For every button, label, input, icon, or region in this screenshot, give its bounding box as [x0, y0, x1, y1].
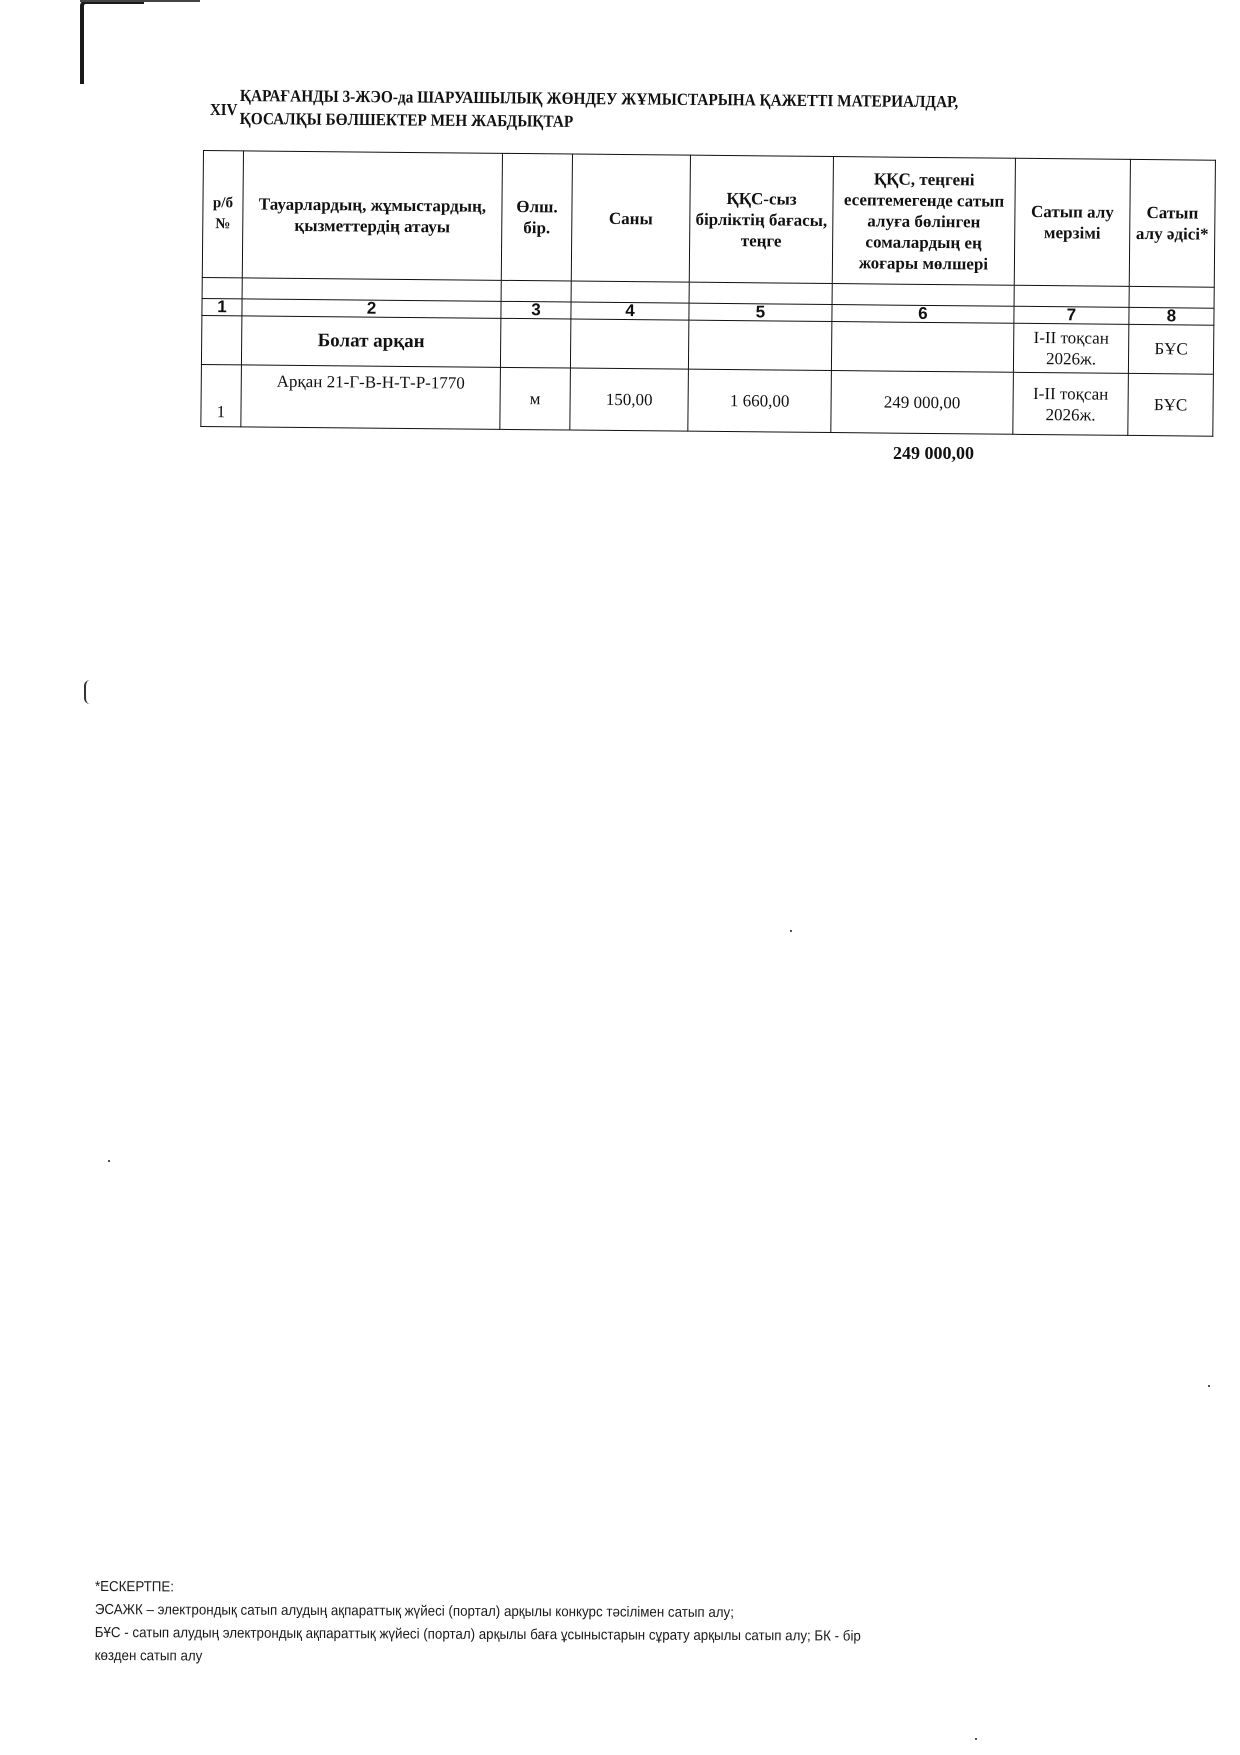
document-title: ҚАРАҒАНДЫ 3-ЖЭО-да ШАРУАШЫЛЫҚ ЖӨНДЕУ ЖҰМ…	[240, 84, 1104, 138]
group-period: I-II тоқсан 2026ж.	[1013, 323, 1128, 373]
column-number: 7	[1014, 306, 1129, 324]
scan-speck	[108, 1160, 110, 1162]
header-period: Сатып алу мерзімі	[1014, 158, 1130, 286]
scan-speck	[975, 1738, 977, 1740]
procurement-table: р/б № Тауарлардың, жұмыстардың, қызметте…	[200, 150, 1216, 437]
header-unit-price: ҚҚС-сыз бірліктің бағасы, теңге	[689, 155, 833, 283]
group-name: Болат арқан	[241, 316, 500, 367]
header-method: Сатып алу әдісі*	[1129, 159, 1215, 287]
header-item-name: Тауарлардың, жұмыстардың, қызметтердің а…	[242, 151, 502, 280]
column-number: 1	[202, 298, 242, 315]
scan-margin-mark	[84, 680, 92, 704]
scan-corner-line	[80, 0, 200, 2]
row-unit: м	[500, 367, 571, 430]
header-quantity: Саны	[571, 154, 690, 282]
row-max-amount: 249 000,00	[831, 371, 1014, 435]
column-number: 3	[501, 301, 571, 319]
column-number: 4	[571, 302, 689, 320]
column-number: 6	[832, 305, 1014, 324]
section-number: XIV	[210, 100, 237, 120]
group-method: БҰС	[1128, 324, 1213, 374]
row-number: 1	[201, 364, 242, 426]
footnote-line: БҰС - сатып алудың электрондық ақпаратты…	[95, 1622, 1107, 1650]
row-quantity: 150,00	[570, 368, 689, 431]
scan-corner-mark	[80, 0, 144, 84]
table-total: 249 000,00	[893, 443, 974, 464]
row-period: I-II тоқсан 2026ж.	[1013, 372, 1129, 435]
column-number: 8	[1129, 307, 1214, 325]
column-number: 5	[689, 303, 832, 321]
header-row-number: р/б №	[202, 151, 243, 278]
scan-speck	[790, 930, 792, 932]
row-unit-price: 1 660,00	[688, 369, 832, 432]
footnote: *ЕСКЕРТПЕ: ЭСАЖК – электрондық сатып алу…	[95, 1576, 1107, 1673]
footnote-line: көзден сатып алу	[95, 1645, 1107, 1673]
header-unit: Өлш. бір.	[501, 153, 572, 281]
table-row: 1 Арқан 21-Г-В-Н-Т-Р-1770 м 150,00 1 660…	[201, 364, 1214, 436]
row-item-name: Арқан 21-Г-В-Н-Т-Р-1770	[241, 365, 501, 429]
scan-speck	[1208, 1385, 1210, 1387]
table-header-row: р/б № Тауарлардың, жұмыстардың, қызметте…	[202, 151, 1215, 288]
row-method: БҰС	[1128, 373, 1214, 436]
header-max-amount: ҚҚС, теңгені есептемегенде сатып алуға б…	[832, 157, 1015, 286]
